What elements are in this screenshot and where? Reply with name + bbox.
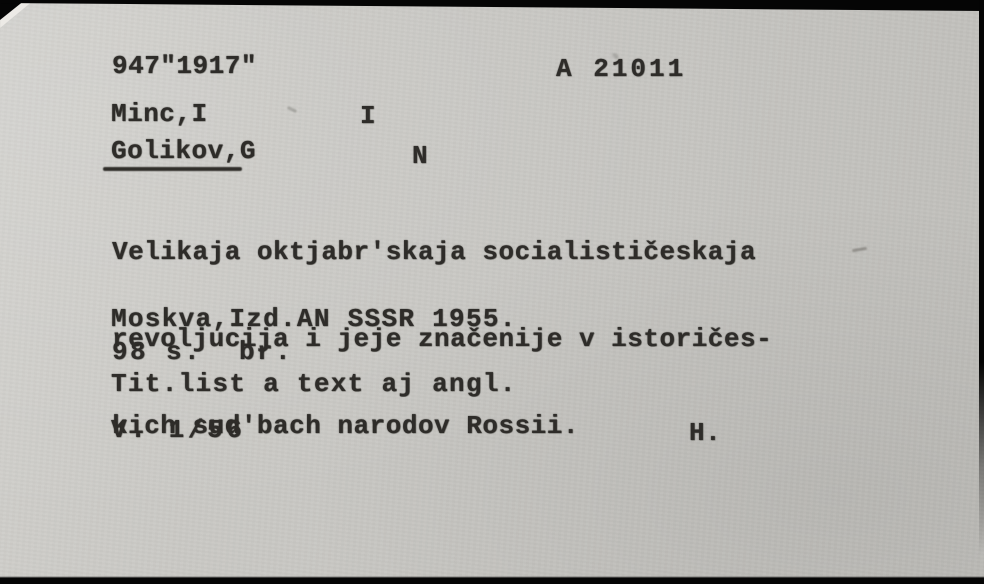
cataloger-initial: H. <box>689 420 721 446</box>
title: Velikaja oktjabr'skaja socialističeskaja… <box>112 187 772 500</box>
volume-note: V. 1/56 <box>111 417 245 443</box>
pencil-smudge <box>852 247 867 253</box>
pagination: 98 s. <box>112 339 202 365</box>
pencil-smudge <box>287 106 297 113</box>
scan-background: 947"1917" A 21011 Minc,I I Golikov,G N V… <box>0 0 984 584</box>
title-line-1: Velikaja oktjabr'skaja socialističeskaja <box>112 239 772 274</box>
accession-number: A 21011 <box>556 56 686 82</box>
scan-edge-right <box>979 0 984 584</box>
author-1-filing-mark: I <box>360 103 376 129</box>
imprint: Moskva,Izd.AN SSSR 1955. <box>111 306 517 332</box>
scan-edge-bottom <box>0 576 984 584</box>
binding-note: br. <box>239 339 293 365</box>
catalog-card: 947"1917" A 21011 Minc,I I Golikov,G N V… <box>0 0 984 584</box>
classification-number: 947"1917" <box>112 53 257 79</box>
author-1: Minc,I <box>111 101 208 127</box>
author-2-underline <box>103 167 242 171</box>
author-2-filing-mark: N <box>412 143 428 169</box>
language-note: Tit.list a text aj angl. <box>111 371 517 397</box>
author-2: Golikov,G <box>111 138 256 164</box>
